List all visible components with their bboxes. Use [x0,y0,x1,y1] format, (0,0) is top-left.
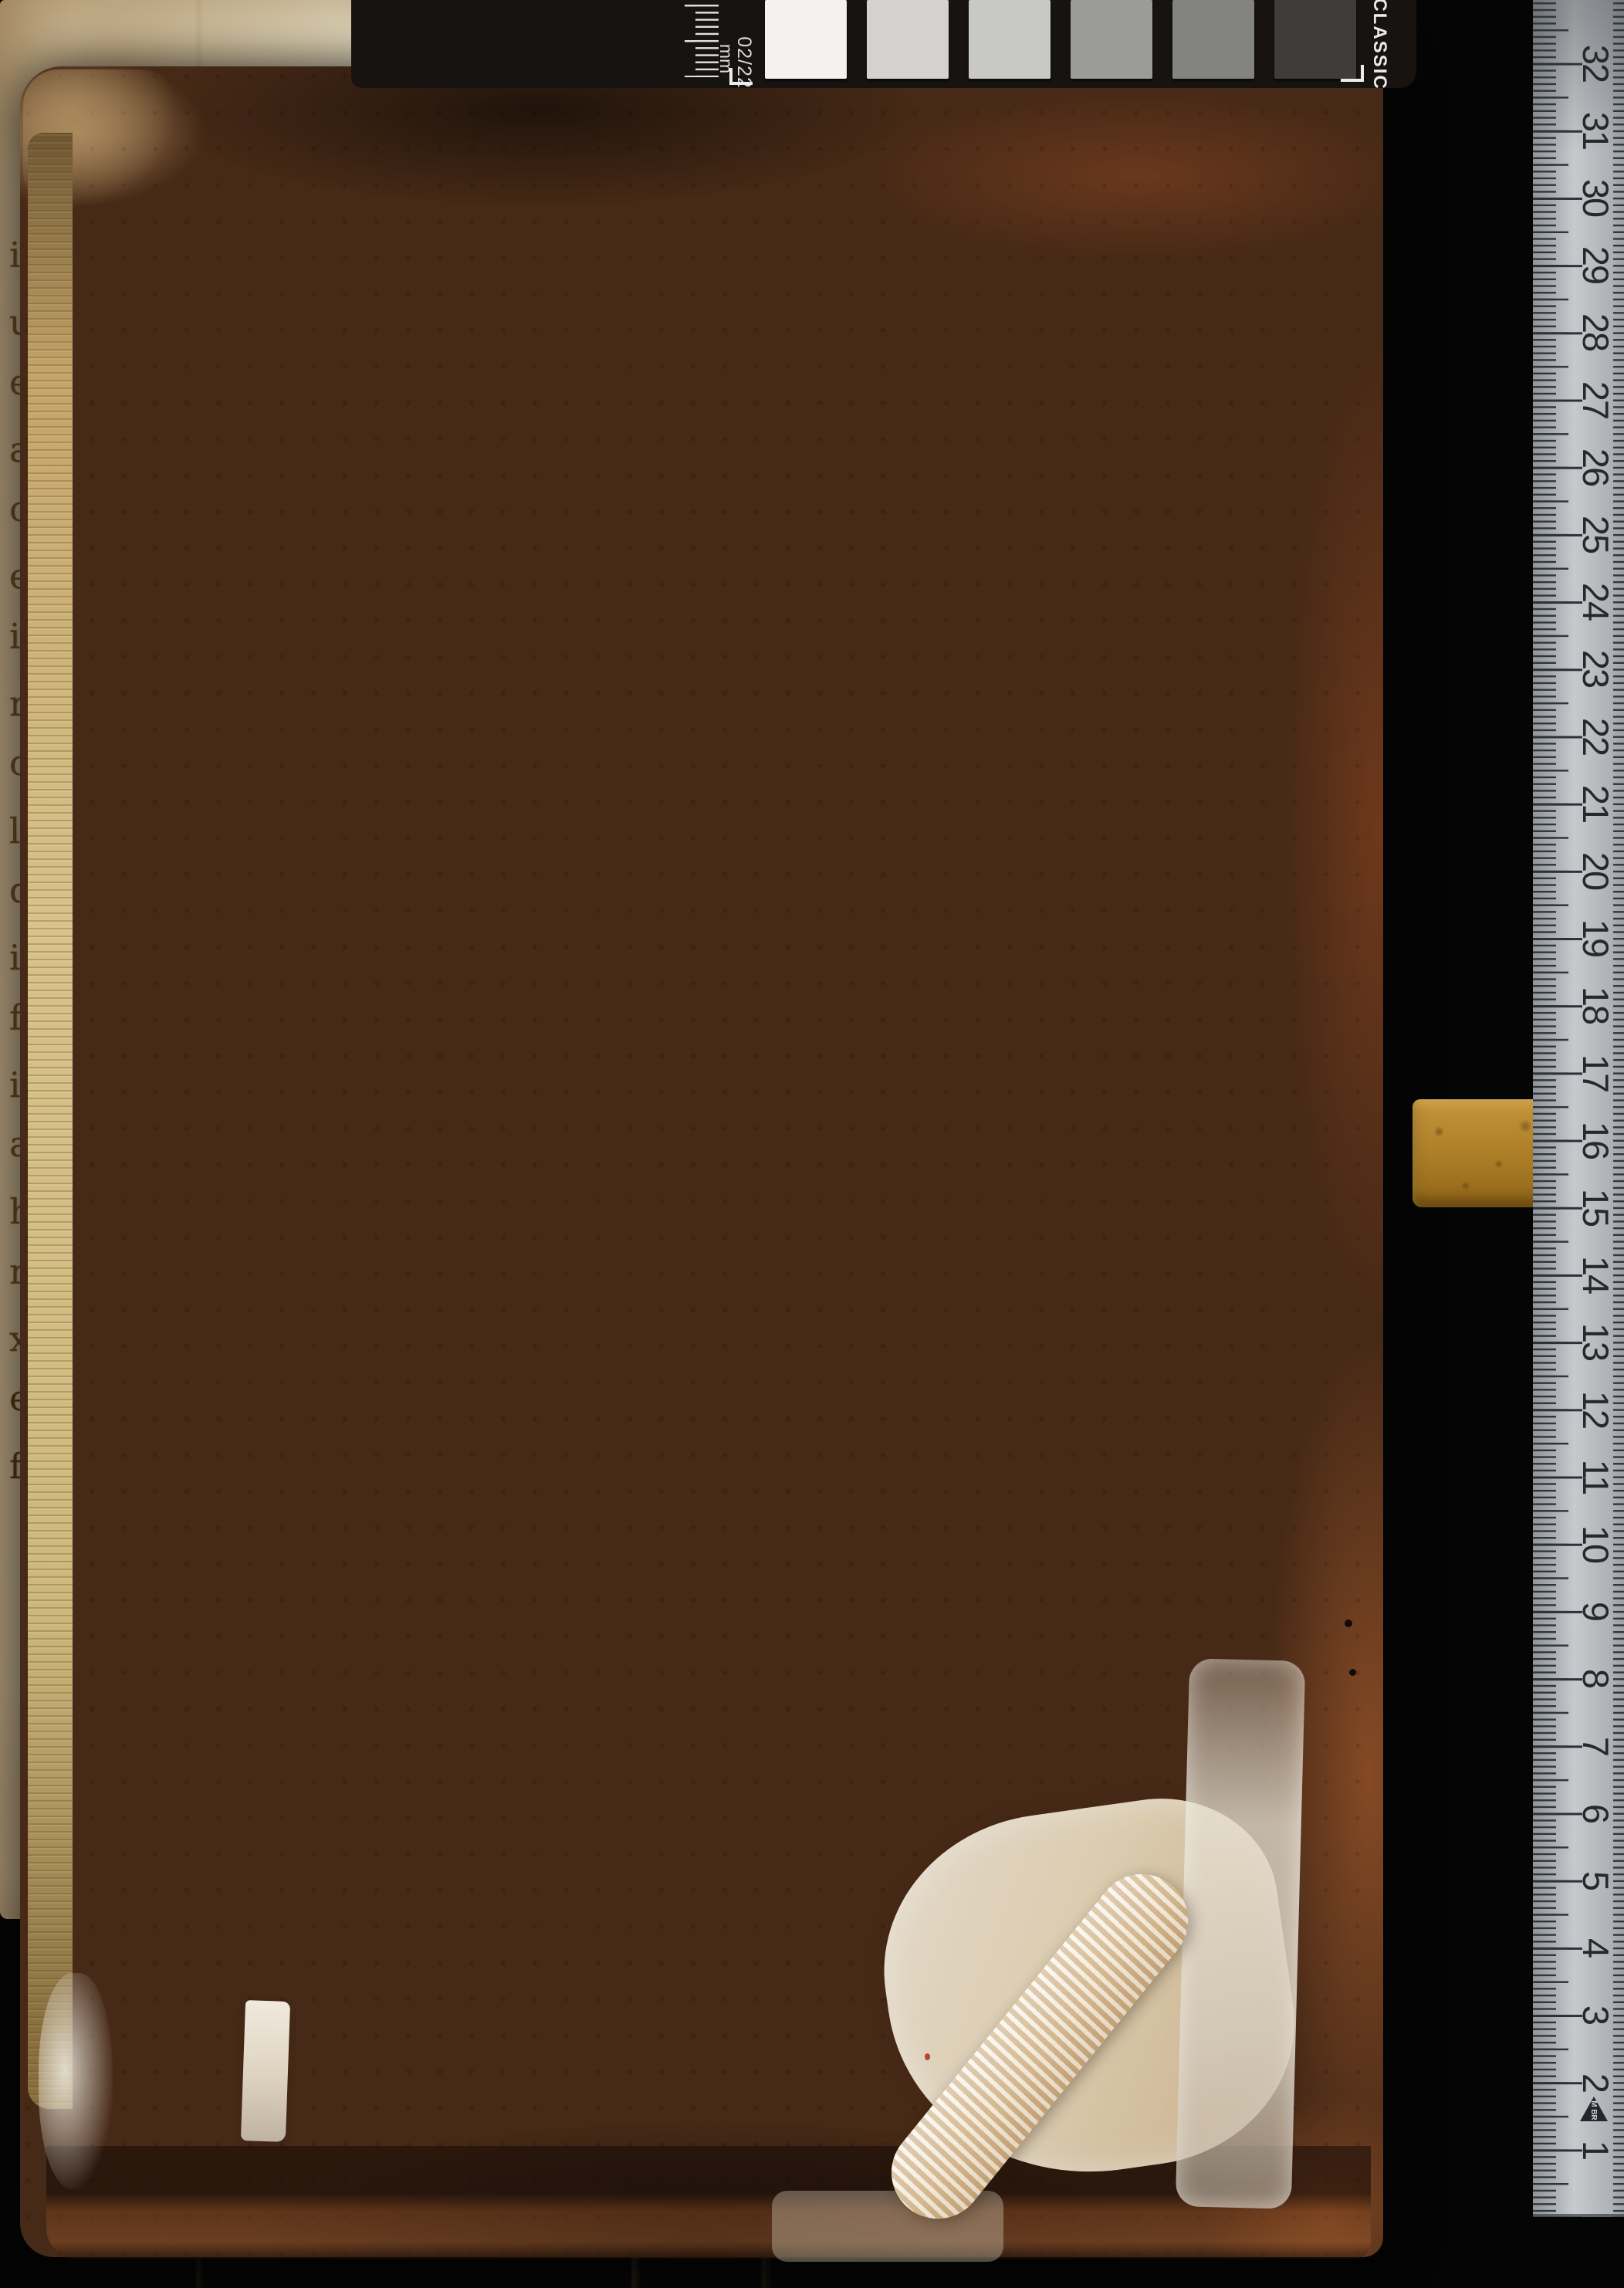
gray-patch-5 [1172,0,1254,79]
edge-tissue-fuzz [39,1973,113,2189]
ruler-number-14: 14 [1576,1254,1616,1295]
gray-patch-3 [969,0,1051,79]
ruler-number-13: 13 [1576,1322,1616,1362]
wormhole [1349,1669,1356,1676]
crop-mark-icon [729,68,753,85]
ruler-number-16: 16 [1576,1120,1616,1160]
ruler-number-3: 3 [1576,1995,1616,2035]
white-repair-tab [241,2000,290,2142]
ruler-number-27: 27 [1576,380,1616,420]
ruler-number-5: 5 [1576,1860,1616,1900]
ruler-number-9: 9 [1576,1591,1616,1631]
ruler-number-30: 30 [1576,178,1616,218]
ruler-number-18: 18 [1576,985,1616,1025]
gray-patch-4 [1071,0,1152,79]
crop-mark-icon [1341,65,1364,82]
ruler-number-19: 19 [1576,918,1616,958]
bottom-leather-band [46,2146,1371,2259]
ruler: M BR 32313029282726252423222120191817161… [1533,0,1624,2217]
calibration-card: mm 02/22 CLASSIC [351,0,1416,88]
ruler-number-11: 11 [1576,1457,1616,1497]
ruler-number-8: 8 [1576,1658,1616,1698]
photo-stage: deutero nomen itaueris interra earum. Ca… [0,0,1624,2288]
book-page-edges [28,133,73,2109]
ruler-number-29: 29 [1576,245,1616,285]
ruler-number-22: 22 [1576,716,1616,756]
tissue-repair-strip [1176,1658,1306,2209]
ruler-number-26: 26 [1576,447,1616,487]
ruler-logo-text: M BR [1586,2100,1602,2120]
ruler-number-24: 24 [1576,581,1616,621]
ruler-number-15: 15 [1576,1187,1616,1227]
clasp-strap [1413,1099,1545,1207]
ruler-number-28: 28 [1576,312,1616,352]
ruler-number-4: 4 [1576,1928,1616,1968]
ruler-number-17: 17 [1576,1053,1616,1093]
ruler-number-32: 32 [1576,43,1616,83]
calibration-brand-label: CLASSIC [1337,29,1422,59]
grayscale-patches [765,0,1356,79]
wormhole [1345,1620,1352,1627]
gray-patch-1 [765,0,847,79]
ruler-number-20: 20 [1576,851,1616,891]
ruler-number-25: 25 [1576,514,1616,554]
ruler-number-31: 31 [1576,110,1616,151]
gray-patch-2 [867,0,949,79]
red-speck [925,2053,930,2060]
ruler-number-2: 2 [1576,2063,1616,2103]
mm-scale-long-ticks [685,5,695,77]
ruler-number-6: 6 [1576,1793,1616,1833]
ruler-number-23: 23 [1576,648,1616,689]
ruler-number-10: 10 [1576,1524,1616,1564]
ruler-number-12: 12 [1576,1389,1616,1430]
ruler-number-7: 7 [1576,1726,1616,1766]
ruler-number-21: 21 [1576,784,1616,824]
ruler-number-1: 1 [1576,2130,1616,2170]
